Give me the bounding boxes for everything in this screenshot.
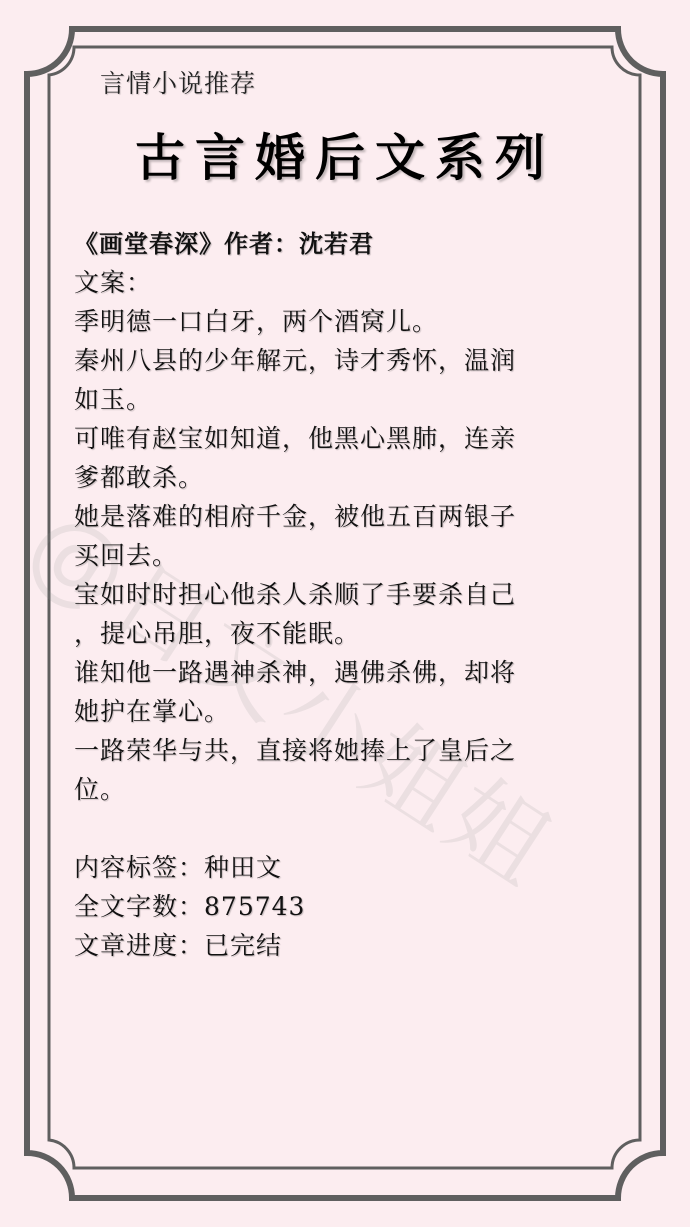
book-heading: 《画堂春深》作者：沈若君 (74, 224, 604, 263)
book-entry: 《画堂春深》作者：沈若君 文案： 季明德一口白牙，两个酒窝儿。 秦州八县的少年解… (74, 224, 604, 965)
blurb-line: 位。 (74, 770, 604, 809)
meta-wordcount-value: 875743 (204, 892, 305, 921)
blurb-line: 她是落难的相府千金，被他五百两银子 (74, 497, 604, 536)
meta-tags-value: 种田文 (204, 853, 282, 882)
meta-tags-label: 内容标签： (74, 853, 204, 882)
blurb-line: 可唯有赵宝如知道，他黑心黑肺，连亲 (74, 419, 604, 458)
meta-status-label: 文章进度： (74, 931, 204, 960)
page-title: 古言婚后文系列 (0, 118, 690, 190)
meta-wordcount-label: 全文字数： (74, 892, 204, 921)
blurb-line: 谁知他一路遇神杀神，遇佛杀佛，却将 (74, 653, 604, 692)
meta-status: 文章进度：已完结 (74, 926, 604, 965)
blurb-line: 一路荣华与共，直接将她捧上了皇后之 (74, 731, 604, 770)
meta-wordcount: 全文字数：875743 (74, 887, 604, 926)
blurb-line: 爹都敢杀。 (74, 458, 604, 497)
blurb-label: 文案： (74, 263, 604, 302)
meta-status-value: 已完结 (204, 931, 282, 960)
blurb-line: ，提心吊胆，夜不能眠。 (74, 614, 604, 653)
meta-tags: 内容标签：种田文 (74, 848, 604, 887)
spacer (74, 809, 604, 848)
blurb-line: 她护在掌心。 (74, 692, 604, 731)
blurb-line: 宝如时时担心他杀人杀顺了手要杀自己 (74, 575, 604, 614)
category-kicker: 言情小说推荐 (100, 64, 256, 100)
blurb-line: 季明德一口白牙，两个酒窝儿。 (74, 302, 604, 341)
blurb-line: 秦州八县的少年解元，诗才秀怀，温润 (74, 341, 604, 380)
blurb-line: 如玉。 (74, 380, 604, 419)
blurb-line: 买回去。 (74, 536, 604, 575)
